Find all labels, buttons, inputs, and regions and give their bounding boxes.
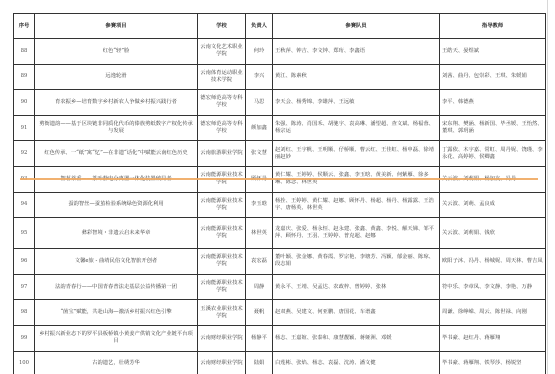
page-edge [547, 0, 555, 374]
row-advisors: 欧阳子沐、冯丹、杨城妮、周天林、曹吉凤 [440, 249, 546, 275]
row-school: 玉溪农业职业技术学院 [198, 300, 246, 326]
row-advisors: 关云波、刘萌、孟良成 [440, 192, 546, 218]
row-project: 红色传承、一“纸”寓“忆”—在非遗“话化”中赋能云南红色历史 [35, 141, 198, 167]
row-members: 黄永平、王靖、吴孟达、农政梓、曾婷婷、张林 [273, 274, 440, 300]
table-header-row: 序号 参赛项目 学校 负责人 参赛队员 指导教师 [14, 14, 546, 39]
row-no: 90 [14, 90, 35, 116]
row-advisors: 李平、韩德燕 [440, 90, 546, 116]
row-no: 100 [14, 351, 35, 374]
table-row: 94 蚕韵智丝—蚕茧检验系统绿色资源化利用 云南能源职业技术学院 李玉晗 杨拴、… [14, 192, 546, 218]
table-row: 97 法韵青春行——中国青春普法走基层公益传播第一团 云南能源职业技术学院 周静… [14, 274, 546, 300]
row-school: 德宏师范高等专科学校 [198, 115, 246, 141]
row-project: 蚕韵智丝—蚕茧检验系统绿色资源化利用 [35, 192, 198, 218]
row-leader: 杨静平 [246, 325, 273, 351]
row-project: 育农振乡—培育数字乡村新农人争做乡村振兴践行者 [35, 90, 198, 116]
row-school: 云南体育运动职业技术学院 [198, 64, 246, 90]
row-advisors: 符中乐、李章凤、李文静、李艳、万静 [440, 274, 546, 300]
row-members: 赵双燕、吴建文、何亚鹏、唐国花、车谱鑫 [273, 300, 440, 326]
row-no: 96 [14, 249, 35, 275]
row-advisors: 丁露依、木宇嘉、常虹、周丹妮、饶瑾、李永花、高婷婷、侯卿鑫 [440, 141, 546, 167]
header-advisors: 指导教师 [440, 14, 546, 39]
table-row: 100 古韵遗艺，壮绣芳华 云南财经职业学院 陆娟 白莲彬、张焰、杨志、袁磊、沈… [14, 351, 546, 374]
row-school: 云南文化艺术职业学院 [198, 39, 246, 65]
row-no: 89 [14, 64, 35, 90]
table-row: 96 文馨e旅 - 曲靖民俗文化智旅开创者 云南能源职业技术学院 袁宏磊 董叶颖… [14, 249, 546, 275]
row-no: 97 [14, 274, 35, 300]
row-project: 红色“轻”脸 [35, 39, 198, 65]
row-school: 云南旅游职业学院 [198, 141, 246, 167]
row-project: “菌宝”赋能，共赴山海—激活乡村振兴红色引擎 [35, 300, 198, 326]
row-project: 文馨e旅 - 曲靖民俗文化智旅开创者 [35, 249, 198, 275]
row-leader: 李兴 [246, 64, 273, 90]
row-project: 剪衙遗韵——基于区块链非同质化代币的傣族剪纸数字产权化传承与发展 [35, 115, 198, 141]
row-no: 88 [14, 39, 35, 65]
row-project: 远逸轮滑 [35, 64, 198, 90]
row-leader: 颜加鑫 [246, 115, 273, 141]
row-advisors: 宋东翔、樊涵、杨新国、毕丞媛、王怡然、董琪、郭玥涵 [440, 115, 546, 141]
table-row: 95 彝彩智境・非遗云启未来华章 云南能源职业技术学院 林世英 龙嘉庆、张爱、杨… [14, 218, 546, 249]
table-row: 92 红色传承、一“纸”寓“忆”—在非遗“话化”中赋能云南红色历史 云南旅游职业… [14, 141, 546, 167]
row-members: 龙嘉庆、张爱、杨永恒、赵永建、张鑫、黄鑫、李悦、解天娣、邹平萍、顾怀丹、王羽、王… [273, 218, 440, 249]
row-advisors: 关云波、刘莉娟、钱欣 [440, 218, 546, 249]
table-row: 89 远逸轮滑 云南体育运动职业技术学院 李兴 黄江、陈素秋 刘茜、曲丹、包崇彩… [14, 64, 546, 90]
row-school: 云南能源职业技术学院 [198, 218, 246, 249]
competition-table: 序号 参赛项目 学校 负责人 参赛队员 指导教师 88 红色“轻”脸 云南文化艺… [13, 13, 546, 374]
row-project: 法韵青春行——中国青春普法走基层公益传播第一团 [35, 274, 198, 300]
row-leader: 马思 [246, 90, 273, 116]
row-no: 94 [14, 192, 35, 218]
row-no: 91 [14, 115, 35, 141]
row-members: 黄江、陈素秋 [273, 64, 440, 90]
row-project: 彝彩智境・非遗云启未来华章 [35, 218, 198, 249]
table-row: 88 红色“轻”脸 云南文化艺术职业学院 何玲 王秋萍、钟吉、李文钟、郑珩、李鑫… [14, 39, 546, 65]
row-leader: 聂帆 [246, 300, 273, 326]
row-advisors: 毕书豪、赵红丹、蒋雁翔 [440, 325, 546, 351]
row-no: 99 [14, 325, 35, 351]
row-project: 乡村振兴新业态下的罗平县板桥镇小黄姜产供销文化产业链平台项目 [35, 325, 198, 351]
row-leader: 张文慧 [246, 141, 273, 167]
row-leader: 何玲 [246, 39, 273, 65]
row-members: 白莲彬、张焰、杨志、袁磊、沈涛、潘文健 [273, 351, 440, 374]
header-leader: 负责人 [246, 14, 273, 39]
row-no: 92 [14, 141, 35, 167]
row-school: 云南能源职业技术学院 [198, 274, 246, 300]
header-project: 参赛项目 [35, 14, 198, 39]
row-members: 王秋萍、钟吉、李文钟、郑珩、李鑫语 [273, 39, 440, 65]
row-members: 杨志、王嘉媗、张泰和、康慧靓颖、蒋娅洲、邓媛 [273, 325, 440, 351]
row-advisors: 王皓天、晏煜斌 [440, 39, 546, 65]
highlight-underline [20, 178, 538, 180]
row-leader: 周静 [246, 274, 273, 300]
row-members: 朱强、陈涛、肖国禾、胡驰宇、袁高琳、潘望超、查文斌、杨福蓉、杨宗运 [273, 115, 440, 141]
row-leader: 袁宏磊 [246, 249, 273, 275]
row-advisors: 周谦、徐峥嵘、周云、陈世禄、向刚 [440, 300, 546, 326]
row-school: 云南能源职业技术学院 [198, 249, 246, 275]
row-members: 董叶颖、张金娜、黄春霞、罗宗艳、李塘芳、冯颖、郁金丽、陈琼、段志娟 [273, 249, 440, 275]
header-no: 序号 [14, 14, 35, 39]
row-no: 95 [14, 218, 35, 249]
table-row: 90 育农振乡—培育数字乡村新农人争做乡村振兴践行者 德宏师范高等专科学校 马思… [14, 90, 546, 116]
row-school: 云南财经职业学院 [198, 325, 246, 351]
row-school: 云南能源职业技术学院 [198, 192, 246, 218]
row-members: 杨拴、王婷婷、黄仁耀、赵娜、顾怀丹、杨超、杨丹、杨露露、王浩宇、唐杨英、林世英 [273, 192, 440, 218]
row-advisors: 刘茜、曲丹、包崇彩、王琪、朱媛娟 [440, 64, 546, 90]
row-advisors: 毕书豪、蒋雁翔、铁琴莎、杨锐坚 [440, 351, 546, 374]
row-leader: 李玉晗 [246, 192, 273, 218]
row-members: 赵刘红、王宇帆、王明顺、仔桥顺、曹云红、王佳虹、杨申磊、徐靖丽赵妙 [273, 141, 440, 167]
row-school: 云南财经职业学院 [198, 351, 246, 374]
header-school: 学校 [198, 14, 246, 39]
table-row: 98 “菌宝”赋能，共赴山海—激活乡村振兴红色引擎 玉溪农业职业技术学院 聂帆 … [14, 300, 546, 326]
table-row: 91 剪衙遗韵——基于区块链非同质化代币的傣族剪纸数字产权化传承与发展 德宏师范… [14, 115, 546, 141]
row-school: 德宏师范高等专科学校 [198, 90, 246, 116]
header-members: 参赛队员 [273, 14, 440, 39]
row-project: 古韵遗艺，壮绣芳华 [35, 351, 198, 374]
row-no: 98 [14, 300, 35, 326]
row-members: 李天会、杨秀锦、李雄萍、王远敏 [273, 90, 440, 116]
row-leader: 陆娟 [246, 351, 273, 374]
table-row: 99 乡村振兴新业态下的罗平县板桥镇小黄姜产供销文化产业链平台项目 云南财经职业… [14, 325, 546, 351]
row-leader: 林世英 [246, 218, 273, 249]
